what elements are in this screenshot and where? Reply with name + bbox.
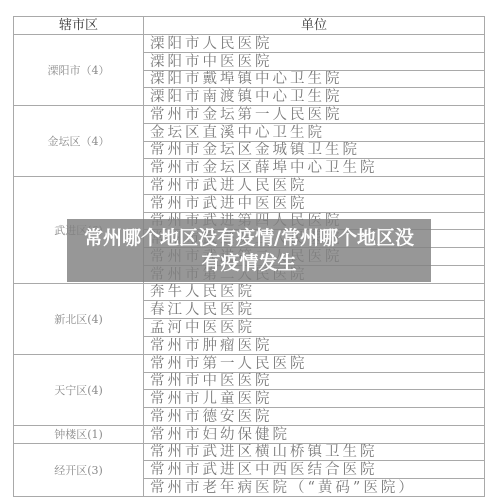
unit-cell: 奔牛人民医院 bbox=[144, 283, 485, 301]
district-cell: 钟楼区(1) bbox=[14, 425, 144, 443]
unit-cell: 常州市老年病医院（“黄码”医院） bbox=[144, 479, 485, 497]
table-row: 经开区(3) 常州市武进区横山桥镇卫生院 bbox=[14, 443, 485, 461]
table-row: 武进区(6) 常州市武进人民医院 bbox=[14, 177, 485, 195]
unit-cell: 溧阳市戴埠镇中心卫生院 bbox=[144, 70, 485, 88]
district-cell: 金坛区（4） bbox=[14, 106, 144, 177]
unit-cell: 常州市肿瘤医院 bbox=[144, 337, 485, 355]
table-row: 新北区(4) 奔牛人民医院 bbox=[14, 283, 485, 301]
unit-cell: 常州市武进区横山桥镇卫生院 bbox=[144, 443, 485, 461]
table-row: 金坛区（4） 常州市金坛第一人民医院 bbox=[14, 106, 485, 124]
unit-cell: 常州市武进人民医院 bbox=[144, 177, 485, 195]
unit-cell: 常州市金坛第一人民医院 bbox=[144, 106, 485, 124]
unit-cell: 孟河中医医院 bbox=[144, 319, 485, 337]
unit-cell: 溧阳市南渡镇中心卫生院 bbox=[144, 88, 485, 106]
table-row: 天宁区(4) 常州市第一人民医院 bbox=[14, 354, 485, 372]
district-cell: 新北区(4) bbox=[14, 283, 144, 354]
unit-cell: 溧阳市人民医院 bbox=[144, 35, 485, 53]
header-district: 辖市区 bbox=[14, 17, 144, 35]
overlay-title: 常州哪个地区没有疫情/常州哪个地区没有疫情发生 bbox=[79, 226, 419, 276]
unit-cell: 常州市武进区中西医结合医院 bbox=[144, 461, 485, 479]
unit-cell: 常州市中医医院 bbox=[144, 372, 485, 390]
unit-cell: 春江人民医院 bbox=[144, 301, 485, 319]
unit-cell: 溧阳市中医医院 bbox=[144, 52, 485, 70]
unit-cell: 常州市金坛区薛埠中心卫生院 bbox=[144, 159, 485, 177]
district-cell: 天宁区(4) bbox=[14, 354, 144, 425]
unit-cell: 常州市金坛区金城镇卫生院 bbox=[144, 141, 485, 159]
table-row: 溧阳市（4） 溧阳市人民医院 bbox=[14, 35, 485, 53]
district-cell: 溧阳市（4） bbox=[14, 35, 144, 106]
unit-cell: 常州市儿童医院 bbox=[144, 390, 485, 408]
unit-cell: 金坛区直溪中心卫生院 bbox=[144, 123, 485, 141]
title-overlay-banner: 常州哪个地区没有疫情/常州哪个地区没有疫情发生 bbox=[67, 219, 431, 282]
unit-cell: 常州市德安医院 bbox=[144, 408, 485, 426]
header-unit: 单位 bbox=[144, 17, 485, 35]
table-row: 钟楼区(1) 常州市妇幼保健院 bbox=[14, 425, 485, 443]
unit-cell: 常州市第一人民医院 bbox=[144, 354, 485, 372]
unit-cell: 常州市妇幼保健院 bbox=[144, 425, 485, 443]
unit-cell: 常州市武进中医医院 bbox=[144, 194, 485, 212]
district-cell: 经开区(3) bbox=[14, 443, 144, 496]
table-header-row: 辖市区 单位 bbox=[14, 17, 485, 35]
